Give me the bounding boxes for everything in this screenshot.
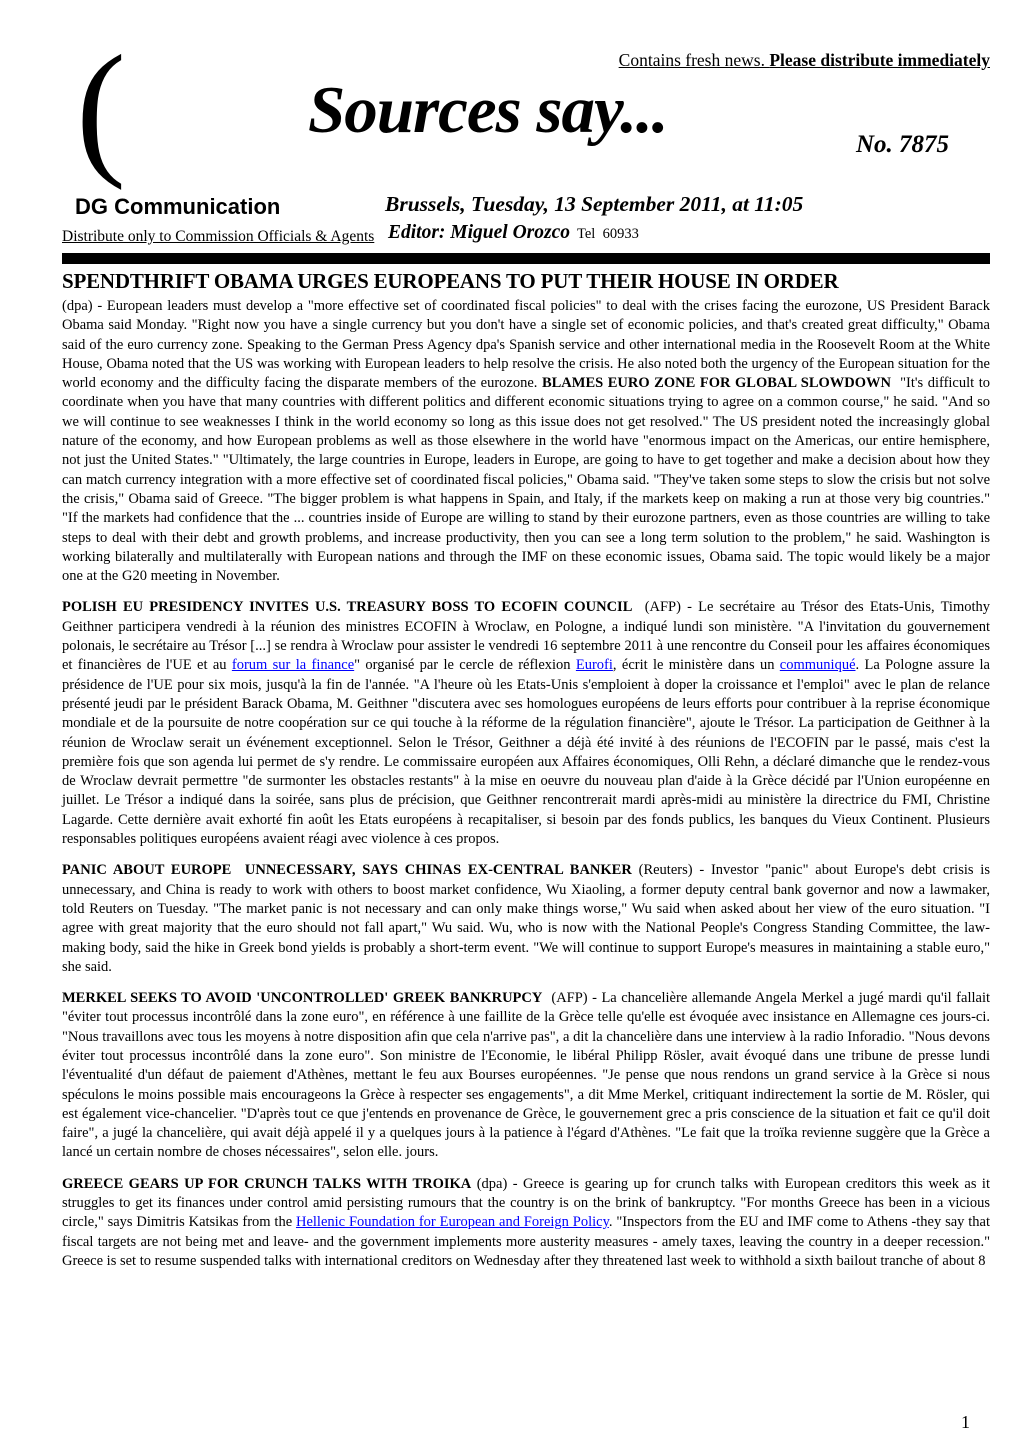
article-link[interactable]: Hellenic Foundation for European and For… [296,1214,609,1230]
article-link[interactable]: communiqué [780,657,856,673]
articles: SPENDTHRIFT OBAMA URGES EUROPEANS TO PUT… [62,269,990,1283]
article-text: (AFP) - La chancelière allemande Angela … [62,990,990,1160]
issue-number: No. 7875 [856,131,949,159]
article: GREECE GEARS UP FOR CRUNCH TALKS WITH TR… [62,1175,990,1271]
distribution-notice: Contains fresh news. Please distribute i… [619,50,990,71]
article-text: "It's difficult to coordinate when you h… [62,375,990,584]
article-link[interactable]: forum sur la finance [232,657,354,673]
editor-telephone: Tel 60933 [577,226,639,243]
masthead-paren-glyph: ( [76,30,126,188]
masthead-title: Sources say... [308,72,667,149]
editor-name: Editor: Miguel Orozco [388,222,570,244]
distribution-restriction: Distribute only to Commission Officials … [62,228,374,246]
article-text: . La Pologne assure la présidence de l'U… [62,657,990,847]
article-subhead: BLAMES EURO ZONE FOR GLOBAL SLOWDOWN [542,375,891,391]
article-headline: MERKEL SEEKS TO AVOID 'UNCONTROLLED' GRE… [62,990,542,1006]
editor-row: Editor: Miguel Orozco Tel 60933 [388,222,639,244]
article-headline: GREECE GEARS UP FOR CRUNCH TALKS WITH TR… [62,1176,471,1192]
page-number: 1 [961,1412,970,1433]
dateline: Brussels, Tuesday, 13 September 2011, at… [385,192,803,217]
article: SPENDTHRIFT OBAMA URGES EUROPEANS TO PUT… [62,269,990,586]
article-headline: PANIC ABOUT EUROPE UNNECESSARY, SAYS CHI… [62,862,632,878]
article-text: (Reuters) - Investor "panic" about Europ… [62,862,990,974]
distribution-notice-bold: Please distribute immediately [769,50,990,70]
article: POLISH EU PRESIDENCY INVITES U.S. TREASU… [62,598,990,849]
article-link[interactable]: Eurofi [576,657,613,673]
distribution-notice-regular: Contains fresh news. [619,50,770,70]
article-text: " organisé par le cercle de réflexion [354,657,576,673]
article-headline: SPENDTHRIFT OBAMA URGES EUROPEANS TO PUT… [62,269,990,294]
org-name: DG Communication [75,194,280,220]
article-headline: POLISH EU PRESIDENCY INVITES U.S. TREASU… [62,599,632,615]
article-text: , écrit le ministère dans un [613,657,780,673]
masthead-divider-bar [62,253,990,264]
article: PANIC ABOUT EUROPE UNNECESSARY, SAYS CHI… [62,861,990,977]
article: MERKEL SEEKS TO AVOID 'UNCONTROLLED' GRE… [62,989,990,1163]
